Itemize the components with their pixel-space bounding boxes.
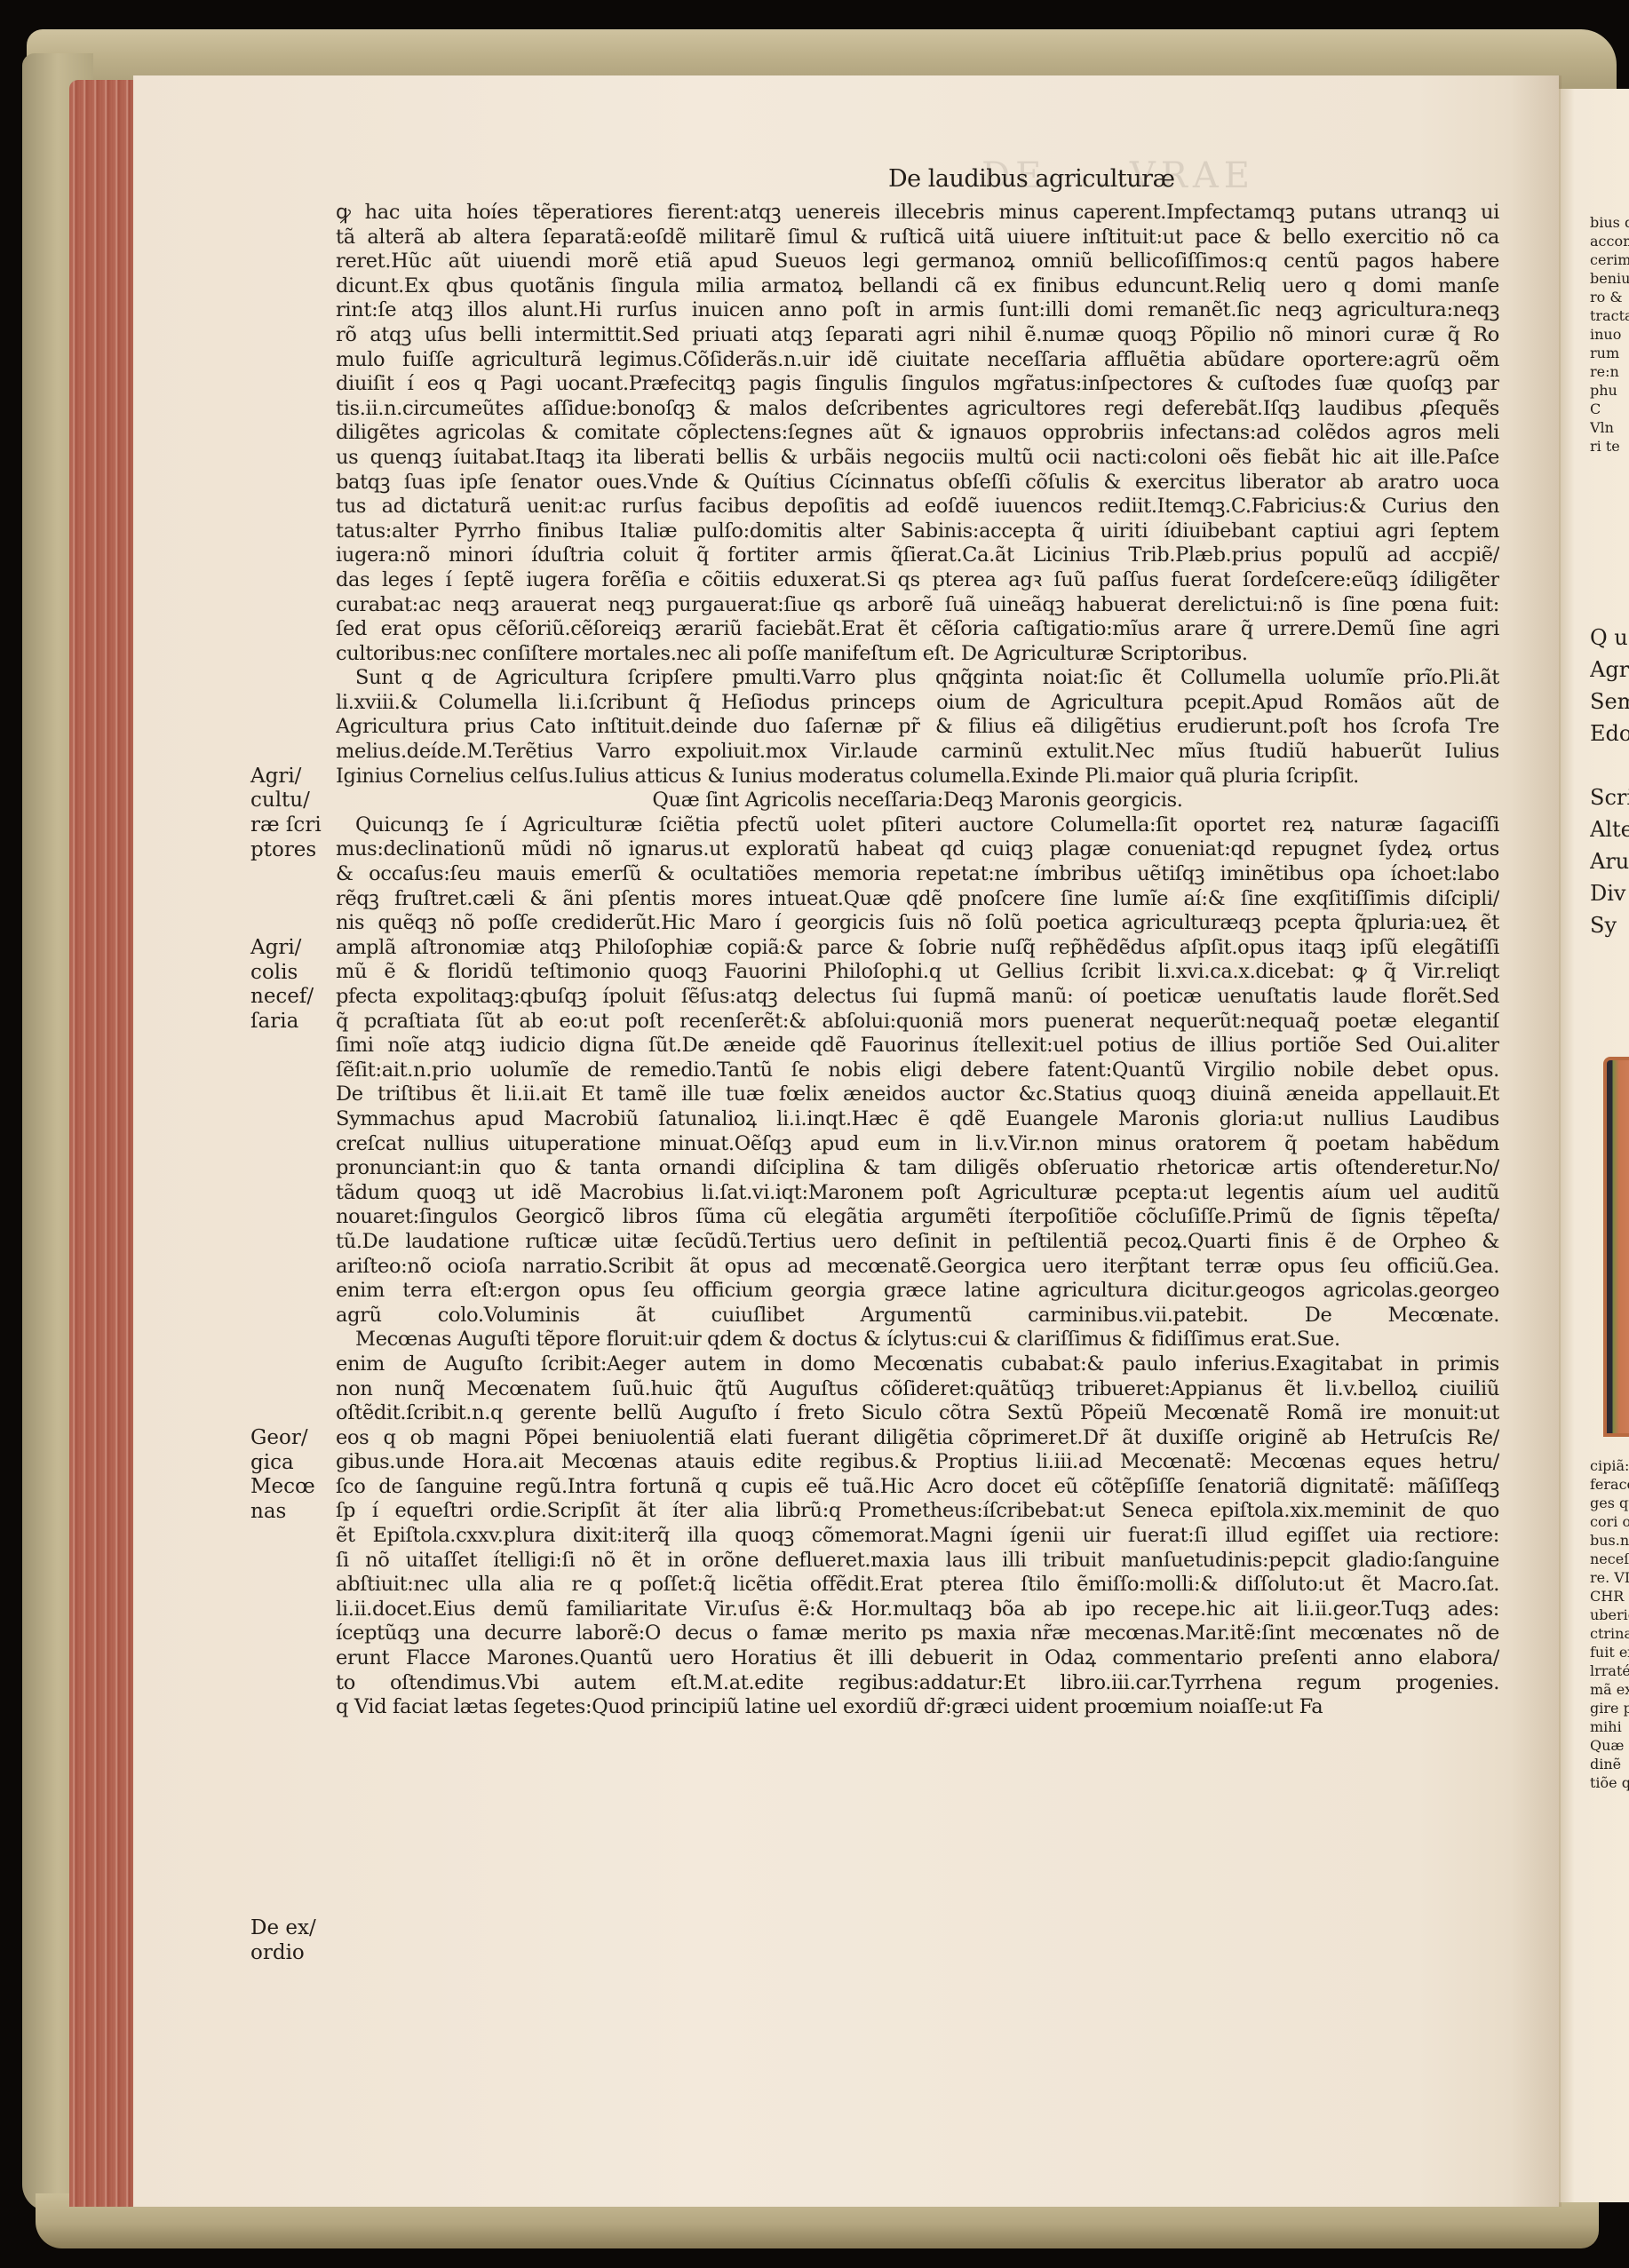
margin-note-line: cultu/: [250, 789, 330, 813]
text-line: Quicunqꝫ ſe í Agriculturæ ſciẽtia pfectũ…: [336, 813, 1499, 838]
right-page-fragment: re. VI: [1590, 1568, 1629, 1587]
right-page-fragment: ctrinæ: [1590, 1624, 1629, 1643]
margin-note-line: De ex/: [250, 1916, 330, 1941]
text-line: diligẽtes agricolas & comitate cõplecten…: [336, 421, 1499, 446]
right-page-fragment: mihi: [1590, 1717, 1629, 1736]
text-line: ſed erat opus cẽſoriũ.cẽſoreiqꝫ ærariũ f…: [336, 617, 1499, 642]
right-page-fragment: mã ex: [1590, 1680, 1629, 1699]
text-line: gibus.unde Hora.ait Mecœnas atauis edite…: [336, 1450, 1499, 1475]
right-page-fragment: re:n: [1590, 362, 1629, 381]
margin-note-line: ordio: [250, 1941, 330, 1966]
margin-note-line: ſaria: [250, 1010, 330, 1035]
right-page-middle-text: Q uAgriSemEdo ScriAlteAruDivSy: [1590, 622, 1629, 941]
gutter-shadow: [1510, 75, 1561, 2207]
right-page-fragment: Quæ: [1590, 1736, 1629, 1755]
text-line: agrũ colo.Voluminis ãt cuiuſlibet Argume…: [336, 1304, 1499, 1328]
right-page-fragment: CHR: [1590, 1587, 1629, 1606]
right-page-fragment: lrraté.: [1590, 1661, 1629, 1680]
text-line: q̃ pcraſtiata ſũt ab eo:ut poſt recenſer…: [336, 1010, 1499, 1035]
text-line: & occaſus:ſeu mauis emerſũ & ocultatiões…: [336, 862, 1499, 887]
right-page-fragment: cerim: [1590, 250, 1629, 269]
text-line: ſp í equeſtri ordie.Scripſit ãt íter ali…: [336, 1499, 1499, 1524]
right-page-fragment: cipiã:: [1590, 1456, 1629, 1475]
body-text: ꝙ hac uita hoíes tẽperatiores fierent:at…: [336, 201, 1499, 1720]
text-line: ſẽſit:ait.n.prio uolumĩe de remedio.Tant…: [336, 1059, 1499, 1083]
text-line: ariſteo:nõ ocioſa narratio.Scribit ãt op…: [336, 1255, 1499, 1280]
margin-note: Agri/cultu/ræ ſcriptores: [250, 765, 330, 862]
right-page-fragment: neceſſa: [1590, 1550, 1629, 1568]
text-line: non nunq̃ Mecœnatem ſuũ.huic q̃tũ Auguſt…: [336, 1377, 1499, 1402]
text-line: íceptũqꝫ una decurre laborẽ:O decus o fa…: [336, 1622, 1499, 1646]
right-page-fragment: Vln: [1590, 418, 1629, 437]
right-page-fragment: accom: [1590, 232, 1629, 250]
right-page-fragment: tiõe qu: [1590, 1773, 1629, 1792]
text-line: nouaret:ſingulos Georgicõ libros ſũma cũ…: [336, 1205, 1499, 1230]
text-line: dicunt.Ex qbus quotãnis ſingula milia ar…: [336, 274, 1499, 299]
text-line: diuiſit í eos q Pagi uocant.Præfecitqꝫ p…: [336, 372, 1499, 397]
red-page-edges: [69, 80, 135, 2207]
text-line: Sunt q de Agricultura ſcripſere pmulti.V…: [336, 666, 1499, 691]
right-page-fragment: Agri: [1590, 654, 1629, 686]
right-page-fragment: Sem: [1590, 686, 1629, 718]
right-page-fragment: tracta: [1590, 306, 1629, 325]
margin-note-line: necef/: [250, 985, 330, 1010]
right-page-fragment: inuo: [1590, 325, 1629, 344]
text-line: mũ ẽ & floridũ teſtimonio quoqꝫ Fauorini…: [336, 960, 1499, 985]
text-line: tatus:alter Pyrrho finibus Italiæ pulſo:…: [336, 519, 1499, 544]
right-page-fragment: dinẽ: [1590, 1755, 1629, 1773]
right-page-fragment: ges qu: [1590, 1494, 1629, 1512]
text-line: erunt Flacce Marones.Quantũ uero Horatiu…: [336, 1646, 1499, 1671]
text-line: q Vid faciat lætas ſegetes:Quod principi…: [336, 1695, 1499, 1720]
text-line: cultoribus:nec conſiſtere mortales.nec a…: [336, 642, 1499, 667]
margin-note-line: Agri/: [250, 936, 330, 961]
margin-note-line: ræ ſcri: [250, 813, 330, 838]
right-page-fragment: Alte: [1590, 813, 1629, 845]
margin-note: Geor/gicaMecœnas: [250, 1426, 330, 1524]
margin-note-line: nas: [250, 1500, 330, 1525]
right-page-fragment: phu: [1590, 381, 1629, 400]
right-page-fragment: Aru: [1590, 845, 1629, 877]
text-line: iugera:nõ minori íduſtria coluit q̃ fort…: [336, 543, 1499, 568]
text-line: rẽqꝫ fruſtret.cæli & ãni pſentis mores i…: [336, 887, 1499, 912]
text-line: enim terra eſt:ergon opus ſeu officium g…: [336, 1279, 1499, 1304]
text-line: Iginius Cornelius celſus.Iulius atticus …: [336, 765, 1499, 789]
right-page-fragment: ri te: [1590, 437, 1629, 456]
text-line: Agricultura prius Cato inſtituit.deinde …: [336, 715, 1499, 740]
right-page-fragment: ro &: [1590, 288, 1629, 306]
text-line: enim de Auguſto ſcribit:Aeger autem in d…: [336, 1352, 1499, 1377]
right-page-top-text: bius qaccomcerimbeniuro &tractainuorumre…: [1590, 213, 1629, 456]
text-line: tũ.De laudatione ruſticæ uitæ ſecũdũ.Ter…: [336, 1230, 1499, 1255]
margin-note-line: gica: [250, 1451, 330, 1476]
text-line: tis.ii.n.circumeũtes aſſidue:bonoſqꝫ & m…: [336, 397, 1499, 422]
text-line: pfecta expolitaqꝫ:qbuſqꝫ ípoluit ſẽſus:a…: [336, 985, 1499, 1010]
text-line: abſtiuit:nec ulla alia re q poſſet:q̃ li…: [336, 1573, 1499, 1598]
text-line: oſtẽdit.ſcribit.n.q gerente bellũ Auguſt…: [336, 1401, 1499, 1426]
right-page-fragment: fuit ex: [1590, 1643, 1629, 1661]
woodcut-illustration: [1603, 1057, 1629, 1437]
margin-note-line: Mecœ: [250, 1475, 330, 1500]
running-head: De laudibus agriculturæ: [888, 165, 1244, 193]
right-page-fragment: bius q: [1590, 213, 1629, 232]
text-line: De triſtibus ẽt li.ii.ait Et tamẽ ille t…: [336, 1082, 1499, 1107]
text-line: Quæ ſint Agricolis neceſſaria:Deqꝫ Maron…: [336, 789, 1499, 813]
right-page-fragment: Div: [1590, 877, 1629, 909]
right-page-bottom-text: cipiã:feraceges qucori opbus.n.neceſſare…: [1590, 1456, 1629, 1792]
text-line: pronunciant:in quo & tanta ornandi diſci…: [336, 1156, 1499, 1181]
text-line: us quenqꝫ íuitabat.Itaqꝫ ita liberati be…: [336, 446, 1499, 471]
text-line: mulo fuiſſe agriculturã legimus.Cõſiderã…: [336, 348, 1499, 373]
text-line: to oſtendimus.Vbi autem eſt.M.at.edite r…: [336, 1671, 1499, 1696]
text-line: curabat:ac neqꝫ arauerat neqꝫ purgauerat…: [336, 593, 1499, 618]
text-line: mus:declinationũ mũdi nõ ignarus.ut expl…: [336, 837, 1499, 862]
right-page-fragment: rum: [1590, 344, 1629, 362]
right-page-fragment: [1590, 749, 1629, 781]
margin-note-line: colis: [250, 961, 330, 986]
right-page-fragment: gire p: [1590, 1699, 1629, 1717]
text-line: rõ atqꝫ uſus belli intermittit.Sed priua…: [336, 323, 1499, 348]
right-page-fragment: Scri: [1590, 781, 1629, 813]
right-page-fragment: cori op: [1590, 1512, 1629, 1531]
text-line: ſimi noĩe atqꝫ iudicio digna ſũt.De ænei…: [336, 1034, 1499, 1059]
right-page-fragment: C: [1590, 400, 1629, 418]
text-line: li.ii.docet.Eius demũ familiaritate Vir.…: [336, 1598, 1499, 1622]
text-line: ẽt Epiſtola.cxxv.plura dixit:iterq̃ illa…: [336, 1524, 1499, 1549]
text-line: reret.Hũc aũt uiuendi morẽ etiã apud Sue…: [336, 250, 1499, 274]
text-line: eos q ob magni Põpei beniuolentiã elati …: [336, 1426, 1499, 1451]
text-line: creſcat nullius uituperatione minuat.Oẽſ…: [336, 1132, 1499, 1157]
text-line: ſi nõ uitaſſet ítelligi:ſi nõ ẽt in orõn…: [336, 1549, 1499, 1574]
margin-note-line: Geor/: [250, 1426, 330, 1451]
margin-note: Agri/colisnecef/ſaria: [250, 936, 330, 1034]
text-line: ꝙ hac uita hoíes tẽperatiores fierent:at…: [336, 201, 1499, 226]
text-line: Mecœnas Auguſti tẽpore floruit:uir qdem …: [336, 1328, 1499, 1352]
right-page-fragment: Q u: [1590, 622, 1629, 654]
text-line: tã alterã ab altera ſeparatã:eoſdẽ milit…: [336, 226, 1499, 250]
text-line: tãdum quoqꝫ ut idẽ Macrobius li.ſat.vi.i…: [336, 1181, 1499, 1206]
text-line: batqꝫ ſuas ipſe ſenator oues.Vnde & Quít…: [336, 471, 1499, 496]
text-line: ſco de ſanguine regũ.Intra fortunã q cup…: [336, 1475, 1499, 1500]
right-page-fragment: bus.n.: [1590, 1531, 1629, 1550]
right-page-fragment: beniu: [1590, 269, 1629, 288]
text-line: nis quẽqꝫ nõ poſſe crediderũt.Hic Maro í…: [336, 911, 1499, 936]
text-line: Symmachus apud Macrobiũ ſatunalioꝝ li.i.…: [336, 1107, 1499, 1132]
text-line: das leges í ſeptẽ iugera forẽſia e cõiti…: [336, 568, 1499, 593]
text-line: rint:ſe atqꝫ illos alunt.Hi rurſus inuic…: [336, 298, 1499, 323]
margin-note: De ex/ordio: [250, 1916, 330, 1965]
margin-note-line: ptores: [250, 838, 330, 863]
text-line: li.xviii.& Columella li.i.ſcribunt q̃ He…: [336, 691, 1499, 716]
right-page-fragment: Edo: [1590, 718, 1629, 749]
margin-note-line: Agri/: [250, 765, 330, 789]
text-line: amplã aſtronomiæ atqꝫ Philoſophiæ copiã:…: [336, 936, 1499, 961]
right-page-fragment: Sy: [1590, 909, 1629, 941]
right-page-fragment: uberio: [1590, 1606, 1629, 1624]
text-line: tus ad dictaturã uenit:ac rurſus facibus…: [336, 495, 1499, 519]
right-page-fragment: ferace: [1590, 1475, 1629, 1494]
text-line: melius.deíde.M.Terẽtius Varro expoliuit.…: [336, 740, 1499, 765]
